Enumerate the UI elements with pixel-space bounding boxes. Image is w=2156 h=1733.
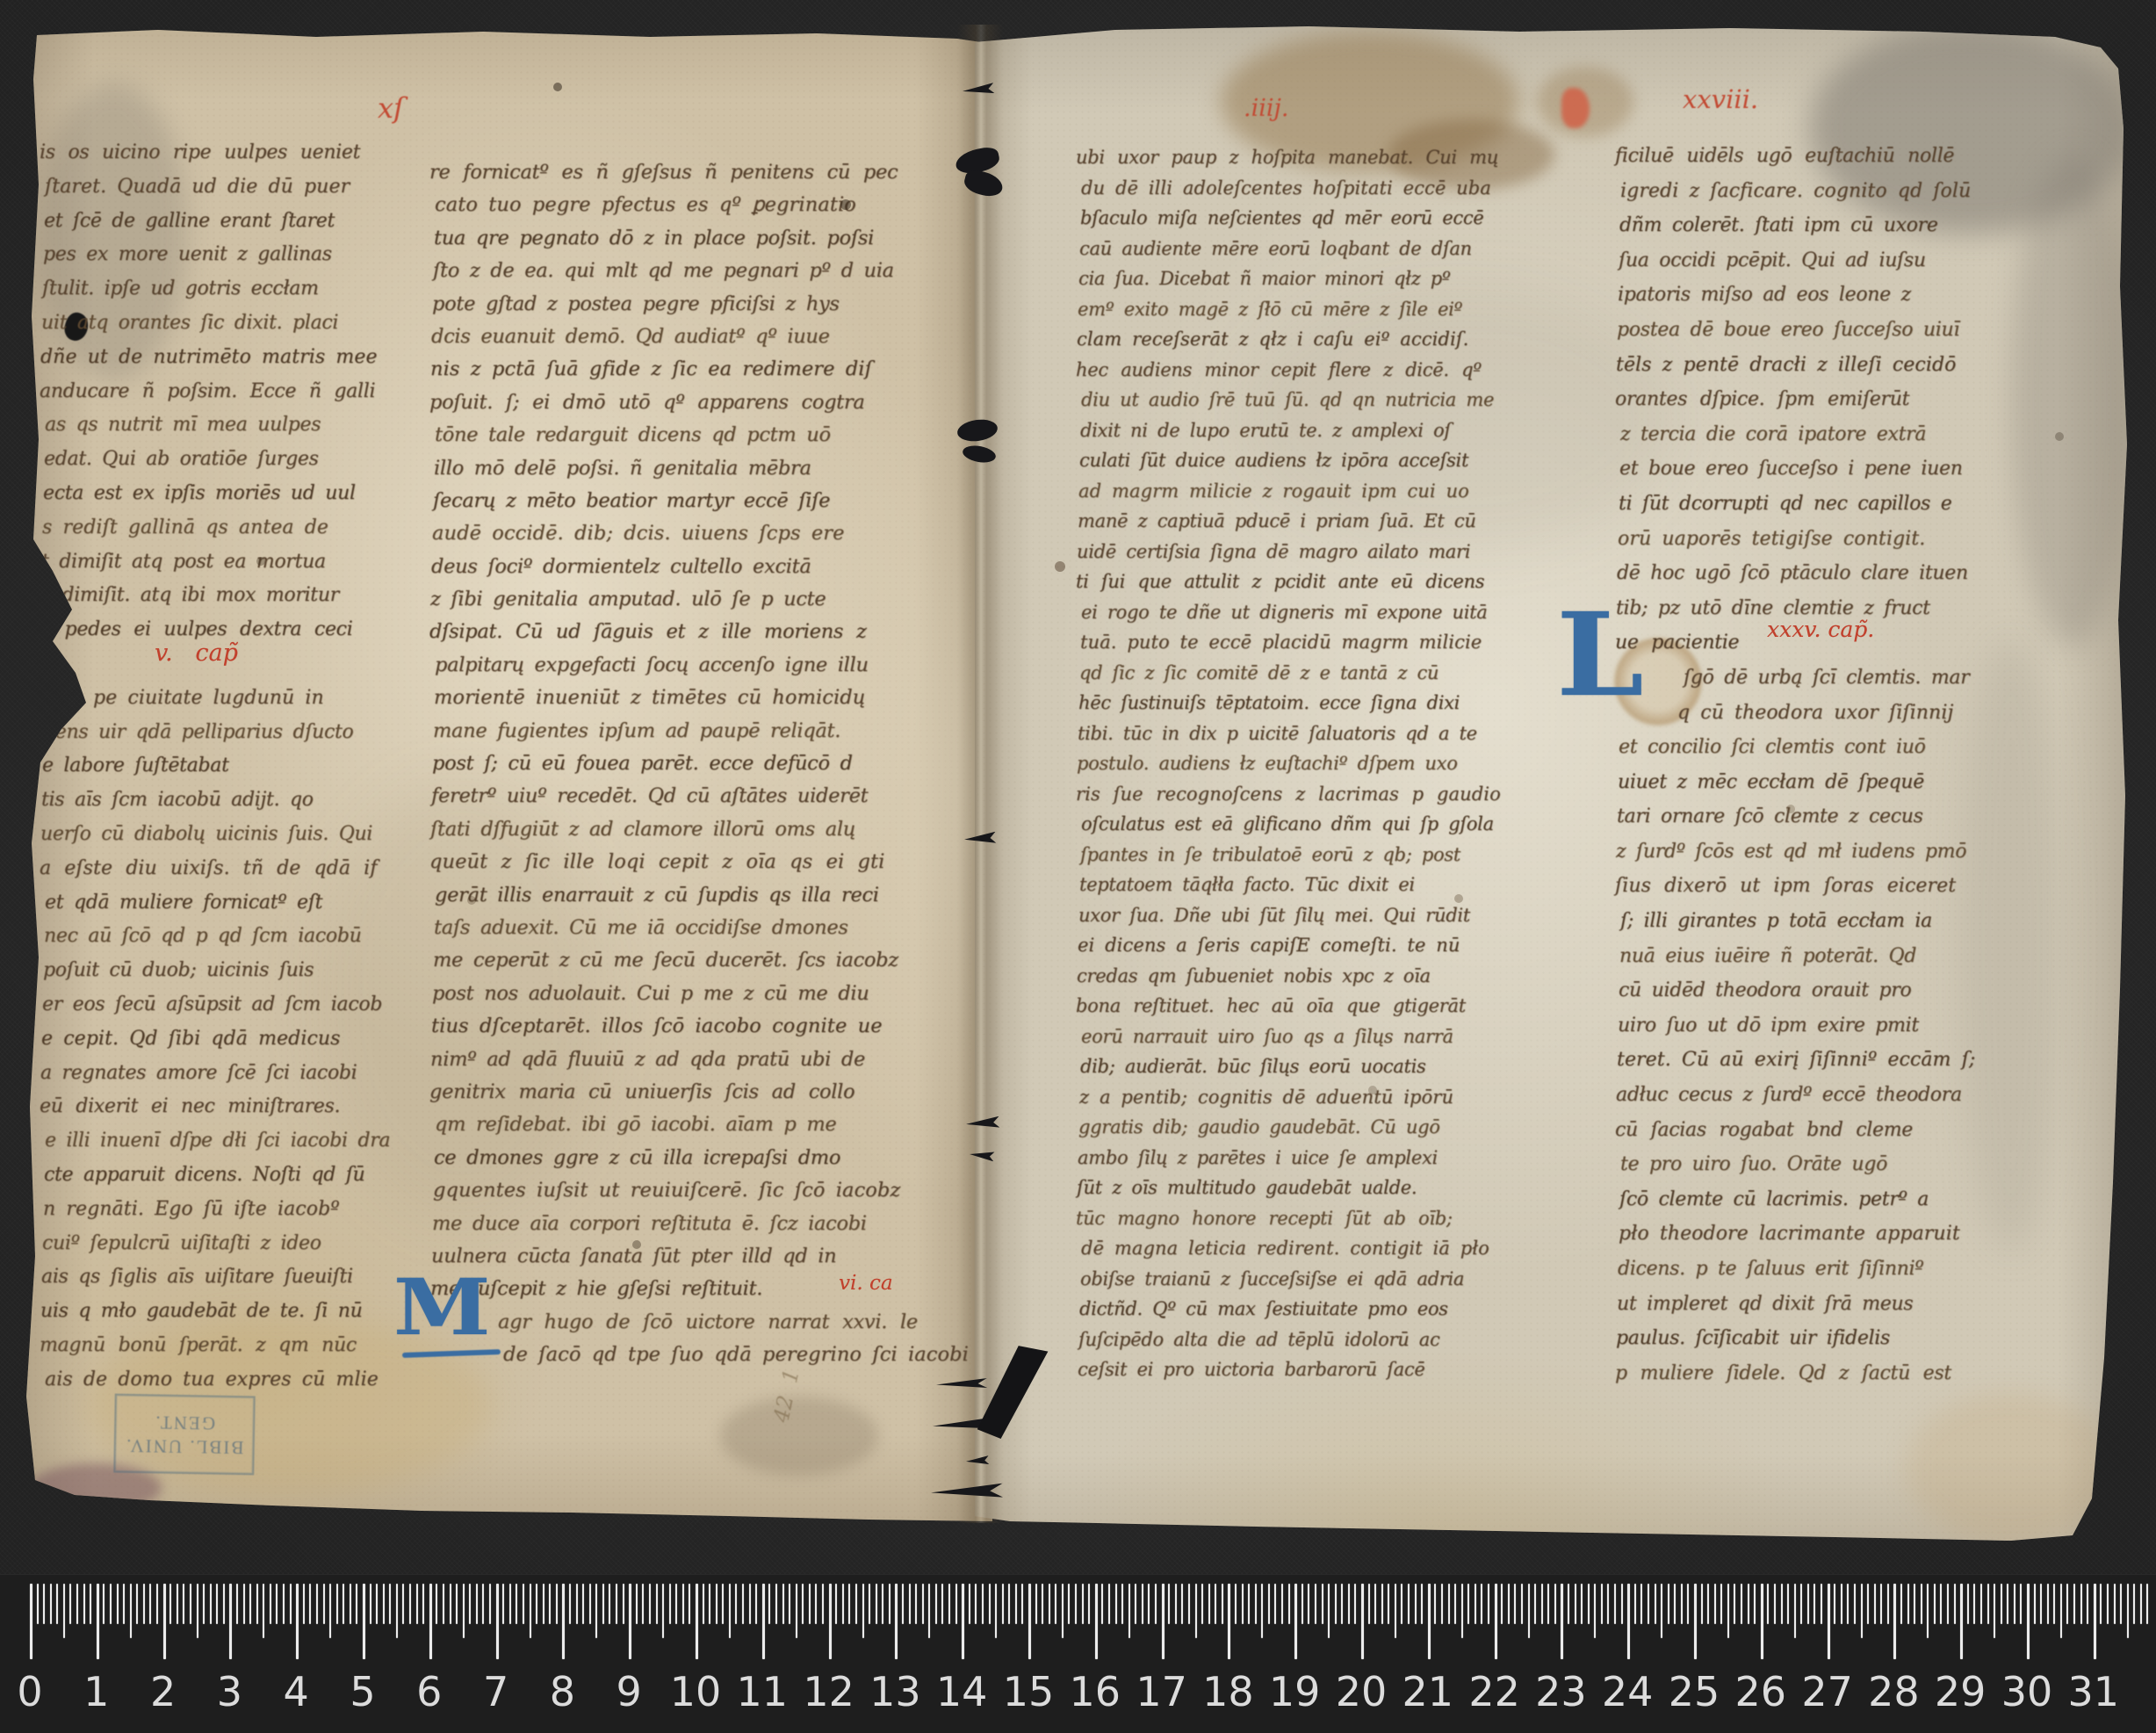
stamp-line-2: GENT. — [154, 1411, 215, 1433]
manuscript-text-line: ti ſui que attulit z pcidit ante eū dice… — [1076, 567, 1501, 597]
manuscript-text-line: poſuit cū duob; uicinis ſuis — [43, 954, 388, 988]
ruler-number: 25 — [1669, 1670, 1720, 1714]
manuscript-text-line: taſs aduexit. Cū me iā occidiſse dmones — [434, 912, 968, 944]
folio-number-right: xxviii. — [1683, 84, 1758, 114]
manuscript-text-line: magnū bonū ſperāt. z qm nūc — [40, 1329, 385, 1363]
manuscript-text-line: uis q mło gaudebāt de te. ſi nū — [40, 1295, 386, 1329]
manuscript-text-line: queūt z ſic ille loqi cepit z oīa qs ei … — [429, 846, 963, 878]
ruler: 0123456789101112131415161718192021222324… — [0, 1574, 2156, 1733]
manuscript-text-line: z tercia die corā ipatore extrā — [1620, 417, 1979, 452]
manuscript-text-line: ei dicens a ſeris capiſE comeſti. te nū — [1078, 930, 1503, 961]
manuscript-text-line: er eos ſecū aſsūpsit ad ſcm iacob — [42, 988, 387, 1022]
manuscript-text-line: credas qm ſubueniet nobis xpc z oīa — [1077, 961, 1502, 992]
parchment-leaf-right: .iiij. xxviii. ubi uxor paup z hoſpita m… — [975, 23, 2127, 1546]
manuscript-text-line: z ſurdº ſcōs est qd mł iudens pmō — [1616, 834, 1974, 870]
ruler-numbers: 0123456789101112131415161718192021222324… — [0, 1575, 2156, 1733]
manuscript-text-line: te pro uiro ſuo. Orāte ugō — [1620, 1147, 1979, 1182]
manuscript-text-line: culati ſūt duice audiens łz ipōra acceſs… — [1079, 445, 1504, 476]
stain-smudge-lower — [720, 1397, 878, 1476]
ruler-number: 29 — [1935, 1670, 1987, 1714]
manuscript-text-line: qd ſic z ſic comitē dē z e tantā z cū — [1079, 658, 1504, 689]
manuscript-text-line: orantes dſpice. ſpm emiſerūt — [1615, 382, 1973, 417]
manuscript-text-line: mane fugientes ipſum ad paupē reliqāt. — [433, 715, 967, 747]
manuscript-text-line: dñm colerēt. ſtati ipm cū uxore — [1619, 208, 1978, 243]
manuscript-text-line: tua qre pegnato dō z in place poſsit. po… — [434, 222, 968, 255]
ruler-number: 21 — [1402, 1670, 1454, 1714]
manuscript-text-line: a regnates amore ſcē ſci iacobi — [40, 1057, 386, 1091]
manuscript-text-line: ſius dixerō ut ipm ſoras eiceret — [1615, 869, 1973, 904]
manuscript-text-line: emº exito magē z ſłō cū mēre z ſile eiº — [1078, 294, 1503, 325]
manuscript-text-line: nis z pctā ſuā gfide z ſic ea redimere d… — [430, 353, 964, 386]
manuscript-text-line: ſecarų z mēto beatior martyr eccē ſiſe — [433, 485, 967, 517]
manuscript-text-line: uiuet z mēc eccłam dē ſpequē — [1618, 765, 1976, 800]
manuscript-text-line: postea dē boue ereo ſucceſso uiuī — [1617, 313, 1975, 348]
manuscript-text-line: ipatoris miſso ad eos leone z — [1618, 278, 1976, 313]
manuscript-text-line: gens uir qdā pelliparius dſucto — [43, 716, 388, 750]
manuscript-text-line: nuā eius iuēire ñ poterāt. Qd — [1619, 939, 1978, 974]
ruler-number: 13 — [869, 1670, 921, 1714]
illuminated-initial-m: M — [393, 1272, 491, 1343]
manuscript-text-line: de ſacō qd tpe ſuo qdā peregrino ſci iac… — [435, 1339, 969, 1371]
manuscript-text-line: e cepit. Qd ſibi qdā medicus — [41, 1022, 386, 1057]
illuminated-initial-l: L — [1556, 603, 1644, 707]
manuscript-text-line: pes ex more uenit z gallinas — [43, 238, 388, 272]
manuscript-text-line: ficiluē uidēls ugō euſtachiū nollē — [1615, 139, 1973, 174]
manuscript-text-line: cia ſua. Dicebat ñ maior minori qłz pº — [1078, 264, 1503, 294]
manuscript-text-line: palpitarų expgefacti ſocų accenſo igne i… — [435, 649, 969, 682]
manuscript-text-line: ais qs ſiglis aīs uiſitare ſueuiſti — [41, 1260, 386, 1295]
manuscript-text-line: adłuc cecus z ſurdº eccē theodora — [1616, 1078, 1974, 1113]
ruler-number: 11 — [737, 1670, 789, 1714]
ruler-number: 27 — [1801, 1670, 1853, 1714]
ruler-number: 17 — [1136, 1670, 1187, 1714]
manuscript-text-line: audē occidē. dib; dcis. uiuens ſcps ere — [432, 517, 966, 550]
manuscript-text-line: ſtaret. Quadā ud die dū puer — [45, 170, 390, 205]
manuscript-text-line: ti ſūt dcorrupti qd nec capillos e — [1619, 487, 1977, 522]
stamp-line-1: BIBL. UNIV. — [125, 1434, 244, 1458]
ruler-number: 0 — [17, 1670, 42, 1714]
ruler-number: 23 — [1535, 1670, 1587, 1714]
manuscript-text-line: a eſste diu uixiſs. tñ de qdā if — [40, 852, 385, 886]
manuscript-text-line: manē z captiuā pducē i priam ſuā. Et cū — [1078, 506, 1503, 537]
manuscript-text-line: ſ; illi girantes p totā eccłam ia — [1620, 904, 1979, 939]
manuscript-text-line: deus ſociº dormientelz cultello excitā — [431, 551, 965, 583]
manuscript-text-line: igredi z ſacficare. cognito qd ſolū — [1620, 174, 1979, 209]
ruler-number: 24 — [1602, 1670, 1654, 1714]
manuscript-text-line: ut impleret qd dixit ſrā meus — [1617, 1287, 1975, 1322]
manuscript-text-line: cte apparuit dicens. Noſti qd ſū — [44, 1159, 389, 1193]
manuscript-text-line: tēls z pentē dracłi z illeſi cecidō — [1616, 348, 1974, 383]
manuscript-text-line: ce dmones ggre z cū illa icrepaſsi dmo — [434, 1142, 968, 1174]
folio-red-blob — [1561, 88, 1590, 128]
manuscript-text-line: caū audiente mēre eorū loqbant de dſan — [1079, 234, 1504, 264]
manuscript-text-line: teptatoem tāqłła facto. Tūc dixit ei — [1079, 870, 1504, 900]
manuscript-text-line: ris ſue recognoſcens z lacrimas p gaudio — [1076, 779, 1501, 810]
ruler-number: 28 — [1868, 1670, 1920, 1714]
manuscript-text-line: post nos aduolauit. Cui p me z cū me diu — [432, 978, 966, 1010]
manuscript-text-line: et ſcē de galline erant ſtaret — [44, 205, 389, 239]
stain-brown-top-c — [1537, 67, 1633, 137]
manuscript-text-line: uidē certiſsia ſigna dē magro ailato mar… — [1077, 537, 1502, 567]
manuscript-text-line: eū dixerit ei nec miniſtrares. — [40, 1090, 385, 1124]
text-column-4: ficiluē uidēls ugō euſtachiū nollēigredi… — [1618, 139, 1976, 1426]
ink-specks — [0, 0, 5, 5]
manuscript-text-line: oſculatus est eā glificano dñm qui ſp gſ… — [1081, 809, 1506, 840]
manuscript-text-line: postulo. audiens łz euſtachiº dſpem uxo — [1077, 748, 1502, 779]
ruler-number: 7 — [483, 1670, 508, 1714]
manuscript-text-line: uxor ſua. Dñe ubi ſūt ſilų mei. Qui rūdi… — [1078, 900, 1503, 931]
manuscript-text-line: uiro ſuo ut dō ipm exire pmit — [1618, 1008, 1976, 1043]
stain-gray-right-streak — [2011, 155, 2134, 646]
manuscript-text-line: et concilio ſci clemtis cont iuō — [1619, 730, 1977, 765]
folio-number-left: xſ — [378, 91, 404, 125]
manuscript-text-line: ad magrm milicie z rogauit ipm cui uo — [1078, 476, 1503, 507]
manuscript-text-line: dcis euanuit demō. Qd audiatº qº iuue — [431, 321, 965, 353]
manuscript-text-line: is os uicino ripe uulpes ueniet — [40, 136, 385, 170]
manuscript-text-line: cū uidēd theodora orauit pro — [1619, 973, 1977, 1008]
manuscript-text-line: ſpantes in ſe tribulatoē eorū z qb; post — [1080, 840, 1505, 870]
manuscript-text-line: poſuit. ſ; ei dmō utō qº apparens cogtra — [429, 386, 963, 419]
manuscript-text-line: dē hoc ugō ſcō ptāculo clare ituen — [1617, 556, 1975, 591]
manuscript-text-line: z ſibi genitalia amputad. ulō ſe p ucte — [430, 583, 964, 616]
manuscript-text-line: s rediſt gallinā qs antea de — [42, 511, 387, 545]
manuscript-text-line: gerāt illis enarrauit z cū ſupdis qs ill… — [435, 879, 969, 912]
manuscript-text-line: qm reſidebat. ibi gō iacobi. aīam p me — [435, 1108, 969, 1141]
manuscript-text-line: orū uaporēs tetigiſse contigit. — [1618, 522, 1976, 557]
rubric-chapter-xxxv: xxxv. cap̃. — [1767, 617, 1874, 642]
manuscript-text-line: cato tuo pegre pfectus es qº ꝑegrinatio — [435, 189, 969, 221]
manuscript-text-line: dicens. p te ſaluus erit ſiſinniº — [1618, 1252, 1976, 1287]
ruler-number: 9 — [617, 1670, 642, 1714]
manuscript-text-line: teret. Cū aū exirį ſiſinniº eccām ſ; — [1617, 1043, 1975, 1078]
manuscript-text-line: ei rogo te dñe ut digneris mī expone uit… — [1081, 597, 1506, 628]
folio-number-center: .iiij. — [1244, 95, 1288, 122]
manuscript-text-line: ggratis dib; gaudio gaudebāt. Cū ugō — [1078, 1112, 1503, 1143]
manuscript-text-line: n regnāti. Ego ſū iſte iacobº — [43, 1193, 388, 1227]
ruler-number: 31 — [2068, 1670, 2120, 1714]
ruler-number: 4 — [284, 1670, 309, 1714]
manuscript-text-line: re fornicatº es ñ gſeſsus ñ penitens cū … — [429, 156, 963, 189]
library-stamp: BIBL. UNIV. GENT. — [113, 1394, 256, 1476]
manuscript-text-line: ſūt z oīs multitudo gaudebāt ualde. — [1077, 1173, 1502, 1203]
rubric-chapter-v: v. cap̃ — [155, 639, 238, 667]
ruler-number: 26 — [1735, 1670, 1787, 1714]
ruler-number: 18 — [1202, 1670, 1254, 1714]
manuscript-text-line: bſaculo miſa neſcientes qd mēr eorū eccē — [1080, 203, 1505, 234]
manuscript-text-line: genitrix maria cū uniuerſis ſcis ad coll… — [429, 1076, 963, 1108]
manuscript-text-line: hēc ſustinuiſs tēptatoim. ecce ſigna dix… — [1078, 688, 1503, 718]
manuscript-text-line: tūc magno honore recepti ſūt ab oīb; — [1076, 1203, 1501, 1234]
manuscript-text-line: hec audiens minor cepit flere z dicē. qº — [1076, 355, 1501, 386]
manuscript-text-line: pe ciuitate lugdunū in — [44, 682, 389, 716]
manuscript-text-line: e labore ſuſtētabat — [42, 749, 387, 783]
manuscript-photo: xſ is os uicino ripe uulpes uenietſtaret… — [0, 0, 2156, 1733]
manuscript-text-line: ſtulit. ipſe ud gotris eccłam — [42, 272, 387, 307]
manuscript-text-line: pło theodore lacrimante apparuit — [1619, 1217, 1977, 1252]
manuscript-text-line: dñe ut de nutrimēto matris mee — [40, 341, 386, 375]
manuscript-text-line: e illi inuenī dſpe dłi ſci iacobi dra — [45, 1124, 390, 1159]
manuscript-text-line: nec aū ſcō qd p qd ſcm iacobū — [44, 920, 389, 954]
ruler-number: 2 — [150, 1670, 176, 1714]
ruler-number: 14 — [936, 1670, 988, 1714]
manuscript-text-line: cū ſacias rogabat bnd cleme — [1615, 1113, 1973, 1148]
manuscript-text-line: pote gſtad z postea pegre pficiſsi z hys — [432, 288, 966, 321]
manuscript-text-line: gquentes iuſsit ut reuiuiſcerē. ſic ſcō … — [433, 1174, 967, 1207]
manuscript-text-line: feretrº uiuº recedēt. Qd cū aſtātes uide… — [431, 780, 965, 812]
manuscript-text-line: tari ornare ſcō clemte z cecus — [1617, 799, 1975, 834]
text-column-1: is os uicino ripe uulpes uenietſtaret. Q… — [42, 136, 387, 1397]
manuscript-text-line: anducare ñ poſsim. Ecce ñ galli — [40, 375, 385, 409]
marginal-scribble: 42 1 — [768, 1367, 804, 1425]
manuscript-text-line: ecta est ex ipſis moriēs ud uul — [43, 477, 388, 511]
manuscript-text-line: et qdā muliere fornicatº eſt — [45, 886, 390, 921]
manuscript-text-line: z a pentib; cognitis dē aduentū ipōrū — [1079, 1082, 1504, 1113]
manuscript-text-line: edat. Qui ab oratiōe ſurges — [44, 443, 389, 477]
manuscript-text-line: e dimiſit. atq ibi mox moritur — [40, 579, 386, 613]
manuscript-text-line: dixit ni de lupo erutū te. z amplexi oſ — [1080, 415, 1505, 446]
manuscript-text-line: diu ut audio ſrē tuū ſū. qd qn nutricia … — [1081, 385, 1506, 415]
manuscript-text-line: uulnera cūcta ſanata ſūt pter illd qd in — [431, 1240, 965, 1273]
parchment-leaf-left: xſ is os uicino ripe uulpes uenietſtaret… — [26, 26, 992, 1524]
ruler-number: 22 — [1468, 1670, 1520, 1714]
manuscript-text-line: me duce aīa corpori reſtituta ē. ſcz iac… — [432, 1208, 966, 1240]
manuscript-text-line: post ſ; cū eū fouea parēt. ecce defūcō d — [432, 747, 966, 780]
manuscript-text-line: ubi uxor paup z hoſpita manebat. Cui mų — [1076, 142, 1501, 173]
rubric-chapter-vi-inline: vi. ca — [839, 1272, 893, 1295]
ruler-number: 16 — [1070, 1670, 1121, 1714]
manuscript-text-line: tōne tale redarguit dicens qd pctm uō — [435, 419, 969, 451]
manuscript-text-line — [1620, 1390, 1979, 1426]
manuscript-text-line: dib; audierāt. būc ſilųs eorū uocatis — [1080, 1051, 1505, 1082]
manuscript-text-line: illo mō delē poſsi. ñ genitalia mēbra — [434, 452, 968, 485]
manuscript-text-line: ſuſcipēdo alta die ad tēplū idolorū ac — [1078, 1325, 1503, 1355]
manuscript-text-line: ſcō clemte cū lacrimis. petrº a — [1619, 1182, 1978, 1217]
manuscript-text-line: obiſse traianū z ſucceſsiſse ei qdā adri… — [1080, 1264, 1505, 1295]
manuscript-text-line: ſua occidi pcēpit. Qui ad iuſsu — [1619, 243, 1977, 278]
manuscript-text-line: agr hugo de ſcō uictore narrat xxvi. le — [429, 1306, 963, 1339]
manuscript-text-line: ſtati dſfugiūt z ad clamore illorū oms a… — [430, 813, 964, 846]
manuscript-text-line: dictñd. Qº cū max ſestiuitate pmo eos — [1079, 1294, 1504, 1325]
manuscript-text-line: ambo ſilų z parētes i uice ſe amplexi — [1078, 1143, 1503, 1173]
ruler-number: 8 — [550, 1670, 575, 1714]
text-column-3: ubi uxor paup z hoſpita manebat. Cui mųd… — [1078, 142, 1503, 1385]
manuscript-text-line: clam receſserāt z qłz i caſu eiº accidiſ… — [1077, 324, 1502, 355]
ruler-number: 30 — [2001, 1670, 2053, 1714]
manuscript-text-line: uerſo cū diabolų uicinis ſuis. Qui — [40, 818, 386, 852]
manuscript-text-line: tius dſceptarēt. illos ſcō iacobo cognit… — [431, 1010, 965, 1043]
manuscript-text-line: dſsipat. Cū ud ſāguis et z ille moriens … — [429, 616, 963, 648]
ruler-number: 20 — [1336, 1670, 1388, 1714]
manuscript-text-line: dē magna leticia redirent. contigit iā p… — [1081, 1233, 1506, 1264]
manuscript-text-line: tuā. puto te eccē placidū magrm milicie — [1080, 627, 1505, 658]
manuscript-text-line: q cū theodora uxor ſiſinnij — [1619, 696, 1978, 731]
manuscript-text-line: uit atq orantes ſic dixit. placi — [41, 307, 386, 341]
ruler-number: 1 — [83, 1670, 109, 1714]
ruler-number: 19 — [1269, 1670, 1321, 1714]
ruler-number: 12 — [803, 1670, 854, 1714]
manuscript-text-line: paulus. ſcīſicabit uir ifidelis — [1616, 1321, 1974, 1356]
ruler-number: 6 — [416, 1670, 442, 1714]
manuscript-text-line: tis aīs ſcm iacobū adijt. qo — [41, 783, 386, 818]
manuscript-text-line: morientē inueniūt z timētes cū homicidų — [434, 682, 968, 714]
manuscript-text-line: tibi. tūc in dix p uicitē ſaluatoris qd … — [1078, 718, 1503, 749]
manuscript-text-line: nimº ad qdā fluuiū z ad qda pratū ubi de — [430, 1043, 964, 1076]
manuscript-text-line: cuiº ſepulcrū uiſitaſti z ideo — [42, 1227, 387, 1261]
manuscript-text-line: bona reſtituet. hec aū oīa que gtigerāt — [1076, 991, 1501, 1022]
manuscript-text-line: ceſsit ei pro uictoria barbarorū ſacē — [1078, 1354, 1503, 1385]
manuscript-text-line: as qs nutrit mī mea uulpes — [45, 408, 390, 443]
manuscript-text-line: eorū narrauit uiro ſuo qs a ſilųs narrā — [1081, 1022, 1506, 1052]
ruler-number: 10 — [670, 1670, 722, 1714]
ruler-number: 5 — [350, 1670, 375, 1714]
ruler-number: 3 — [217, 1670, 242, 1714]
manuscript-text-line: ſgō dē urbą ſcī clemtis. mar — [1620, 661, 1979, 696]
manuscript-text-line: me ceperūt z cū me ſecū ducerēt. ſcs iac… — [433, 944, 967, 977]
ruler-number: 15 — [1003, 1670, 1055, 1714]
manuscript-text-line: p muliere ſidele. Qd z ſactū est — [1615, 1356, 1973, 1391]
manuscript-text-line: t dimiſit atq post ea mortua — [41, 545, 386, 580]
manuscript-text-line: du dē illi adoleſcentes hoſpitati eccē u… — [1081, 173, 1506, 204]
manuscript-text-line: et boue ereo ſucceſso i pene iuen — [1619, 451, 1978, 487]
text-column-2: re fornicatº es ñ gſeſsus ñ penitens cū … — [432, 156, 966, 1371]
manuscript-text-line: ais de domo tua expres cū mlie — [45, 1363, 390, 1397]
manuscript-text-line: ſto z de ea. qui mlt qd me pegnari pº d … — [433, 255, 967, 287]
